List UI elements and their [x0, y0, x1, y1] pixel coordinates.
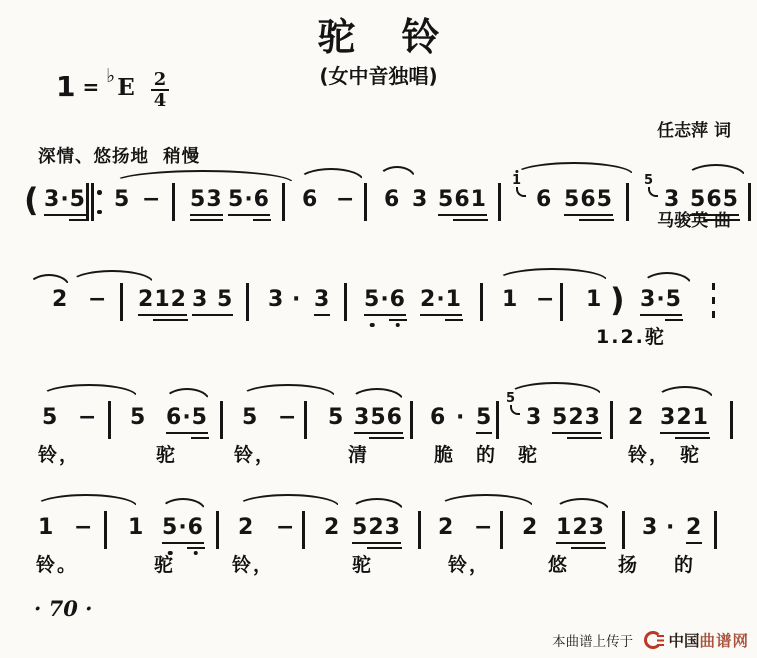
note-group: 2 [238, 516, 254, 540]
note-group: 565 [690, 188, 739, 216]
note-group: 5 [242, 406, 258, 430]
lyric-syllable: 的 [674, 550, 695, 577]
parenthesis: ( [24, 184, 39, 216]
barline [282, 183, 285, 221]
upload-credit: 本曲谱上传于 中国 曲谱网 [552, 629, 749, 651]
note-group: 123 [556, 516, 605, 544]
slur-arc [508, 382, 602, 395]
music-system-1: (3·55−535·66−635611656553565 [0, 158, 757, 242]
barline [626, 183, 629, 221]
music-system-4: 1−15·62−25232−21233·2铃。驼铃，驼铃，悠扬的 [0, 486, 757, 590]
barline [216, 511, 219, 549]
grace-note: 1 [512, 174, 521, 188]
note-group: 321 [660, 406, 709, 434]
site-name-red: 曲谱网 [699, 629, 749, 651]
duration-dash: − [142, 188, 161, 212]
duration-dash: − [474, 516, 493, 540]
note-group: 3·5 [640, 288, 682, 316]
note-group: 356 [354, 406, 403, 434]
slur-arc [112, 170, 294, 183]
barline [748, 183, 751, 221]
note-group: 3 [314, 288, 330, 316]
slur-arc [496, 268, 608, 281]
slur-arc [40, 384, 138, 397]
duration-dash: − [78, 406, 97, 430]
barline [500, 511, 503, 549]
note-group: 2 [686, 516, 702, 544]
note-group: 5·6 [228, 188, 270, 216]
lyric-syllable: 1.2.驼 [596, 322, 666, 349]
barline [172, 183, 175, 221]
lyric-syllable: 铃， [232, 550, 274, 577]
grace-note: 5 [644, 174, 653, 188]
lyric-syllable: 铃， [628, 440, 670, 467]
duration-dash: − [88, 288, 107, 312]
note-group: 3 [526, 406, 542, 430]
note-group: 5 [42, 406, 58, 430]
slur-arc [686, 164, 746, 177]
barline [108, 401, 111, 439]
barline [410, 401, 413, 439]
note-group: 6 [302, 188, 318, 212]
lyric-syllable: 驼 [680, 440, 701, 467]
duration-dash: − [336, 188, 355, 212]
music-system-2: 2−2123 53·35·62·11−1)3·51.2.驼 [0, 260, 757, 360]
music-system-3: 5−56·55−53566·5535232321铃，驼铃，清脆的驼铃，驼 [0, 376, 757, 480]
site-logo-lines-icon [657, 635, 664, 646]
barline [104, 511, 107, 549]
note-group: 5 [476, 406, 492, 434]
lyric-syllable: 驼 [156, 440, 177, 467]
note-group: 2 [628, 406, 644, 430]
note-group: 3·5 [44, 188, 86, 216]
note-group: 6 [430, 406, 446, 430]
lyric-syllable: 铃。 [36, 550, 78, 577]
note-group: 5·6 [162, 516, 204, 544]
note-group: 212 [138, 288, 187, 316]
lyric-syllable: 驼 [154, 550, 175, 577]
note-group: 523 [352, 516, 401, 544]
note-group: 2 [522, 516, 538, 540]
slur-arc [438, 494, 534, 507]
note-group: 2·1 [420, 288, 462, 316]
barline [610, 401, 613, 439]
score-area: (3·55−535·66−6356116565535652−2123 53·35… [0, 0, 757, 658]
slur-arc [240, 384, 336, 397]
lyric-syllable: 驼 [518, 440, 539, 467]
barline [418, 511, 421, 549]
repeat-sign [86, 183, 103, 221]
duration-dash: − [278, 406, 297, 430]
note-group: 1 [502, 288, 518, 312]
note-group: 2 [52, 288, 68, 312]
note-group: 5·6 [364, 288, 406, 316]
lyric-syllable: 驼 [352, 550, 373, 577]
note-group: 2 [324, 516, 340, 540]
slur-arc [34, 494, 138, 507]
lyric-syllable: 的 [476, 440, 497, 467]
lyric-syllable: 铃， [448, 550, 490, 577]
slur-arc [554, 498, 610, 511]
slur-arc [298, 168, 364, 181]
barline [220, 401, 223, 439]
slur-arc [378, 166, 416, 179]
note-group: · [456, 406, 465, 430]
note-group: 3 [412, 188, 428, 212]
duration-dash: − [74, 516, 93, 540]
note-group: 5 [130, 406, 146, 430]
parenthesis: ) [610, 284, 625, 316]
note-group: · [666, 516, 675, 540]
note-group: 2 [438, 516, 454, 540]
note-group: 6·5 [166, 406, 208, 434]
note-group: 6 [536, 188, 552, 212]
note-group: 1 [586, 288, 602, 312]
barline [302, 511, 305, 549]
sheet-music-page: 驼铃 (女中音独唱) 任志萍 词 马骏英 曲 1 = ♭ E 2 4 深情、悠扬… [0, 0, 757, 658]
lyric-syllable: 扬 [618, 550, 639, 577]
note-group: 561 [438, 188, 487, 216]
note-group: 1 [128, 516, 144, 540]
dashed-barline [712, 283, 715, 321]
slur-arc [514, 162, 634, 175]
note-group: 6 [384, 188, 400, 212]
slur-arc [164, 388, 210, 401]
barline [560, 283, 563, 321]
lyric-syllable: 清 [348, 440, 369, 467]
upload-note: 本曲谱上传于 [552, 630, 637, 650]
barline [246, 283, 249, 321]
barline [344, 283, 347, 321]
barline [120, 283, 123, 321]
barline [730, 401, 733, 439]
note-group: 565 [564, 188, 613, 216]
duration-dash: − [536, 288, 555, 312]
note-group: 1 [38, 516, 54, 540]
slur-arc [350, 498, 404, 511]
note-group: 53 [190, 188, 223, 216]
lyric-syllable: 悠 [548, 550, 569, 577]
slur-arc [236, 494, 340, 507]
slur-arc [642, 272, 692, 285]
duration-dash: − [276, 516, 295, 540]
note-group: 5 [114, 188, 130, 212]
note-group: 5 [328, 406, 344, 430]
grace-note: 5 [506, 392, 515, 406]
lyric-syllable: 铃， [38, 440, 80, 467]
slur-arc [70, 270, 154, 283]
note-group: 3 [664, 188, 680, 212]
lyric-syllable: 脆 [434, 440, 455, 467]
barline [364, 183, 367, 221]
note-group: 523 [552, 406, 601, 434]
barline [304, 401, 307, 439]
barline [622, 511, 625, 549]
barline [496, 401, 499, 439]
slur-arc [656, 386, 714, 399]
barline [480, 283, 483, 321]
page-number: · 70 · [34, 596, 92, 621]
barline [714, 511, 717, 549]
note-group: · [292, 288, 301, 312]
site-name-dark: 中国 [668, 629, 699, 651]
slur-arc [350, 388, 404, 401]
note-group: 3 5 [192, 288, 233, 316]
slur-arc [28, 274, 70, 287]
slur-arc [160, 498, 206, 511]
barline [498, 183, 501, 221]
note-group: 3 [642, 516, 658, 540]
note-group: 3 [268, 288, 284, 312]
lyric-syllable: 铃， [234, 440, 276, 467]
